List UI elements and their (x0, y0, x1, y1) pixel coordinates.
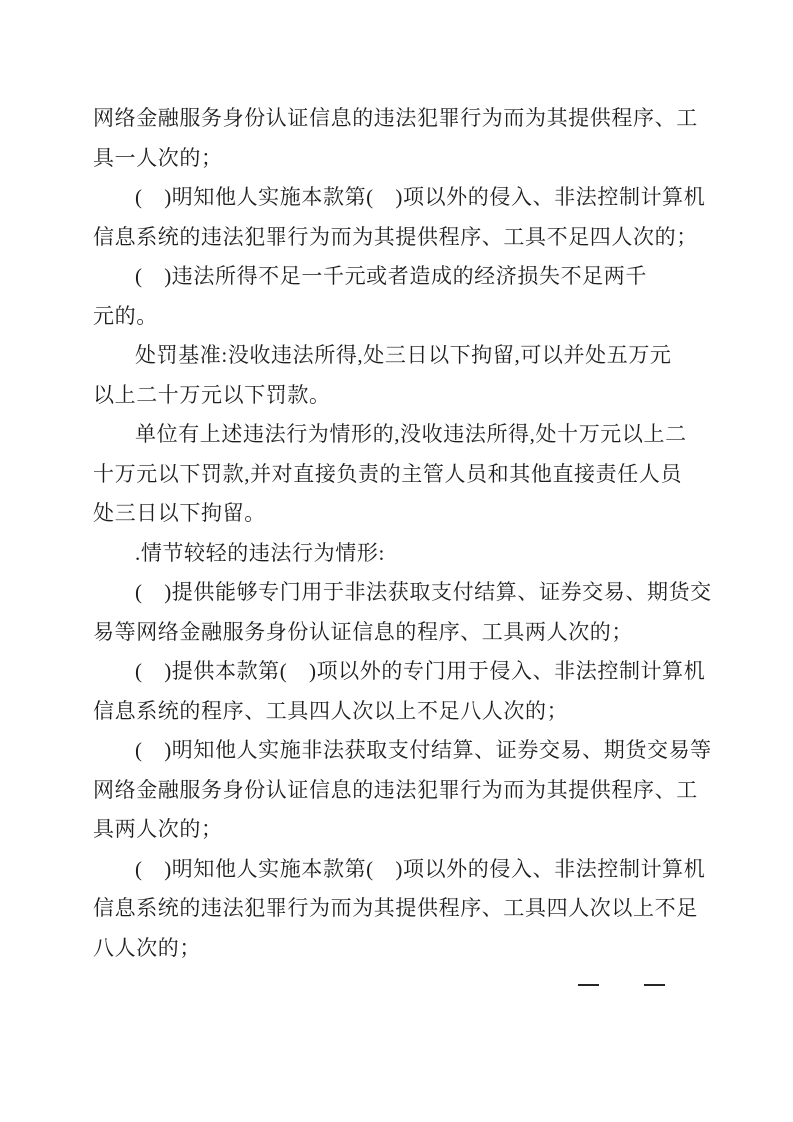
text-line: 以上二十万元以下罚款。 (93, 376, 699, 416)
text-line: .情节较轻的违法行为情形: (93, 534, 699, 574)
page-number-dash-left (578, 984, 599, 986)
text-line: 八人次的； (93, 929, 699, 969)
text-line: 处三日以下拘留。 (93, 494, 699, 534)
document-body: 网络金融服务身份认证信息的违法犯罪行为而为其提供程序、工具一人次的；( )明知他… (93, 99, 699, 968)
text-line: 十万元以下罚款,并对直接负责的主管人员和其他直接责任人员 (93, 455, 699, 495)
text-line: 信息系统的违法犯罪行为而为其提供程序、工具四人次以上不足 (93, 889, 699, 929)
text-line: 单位有上述违法行为情形的,没收违法所得,处十万元以上二 (93, 415, 699, 455)
text-line: 网络金融服务身份认证信息的违法犯罪行为而为其提供程序、工 (93, 99, 699, 139)
text-line: 处罚基准:没收违法所得,处三日以下拘留,可以并处五万元 (93, 336, 699, 376)
page-footer (578, 984, 665, 986)
text-line: ( )违法所得不足一千元或者造成的经济损失不足两千 (93, 257, 699, 297)
text-line: 易等网络金融服务身份认证信息的程序、工具两人次的； (93, 613, 699, 653)
text-line: 具一人次的； (93, 139, 699, 179)
text-line: 元的。 (93, 297, 699, 337)
document-page: 网络金融服务身份认证信息的违法犯罪行为而为其提供程序、工具一人次的；( )明知他… (0, 0, 793, 1122)
text-line: ( )提供能够专门用于非法获取支付结算、证券交易、期货交 (93, 573, 699, 613)
text-line: 信息系统的程序、工具四人次以上不足八人次的； (93, 692, 699, 732)
text-line: ( )明知他人实施非法获取支付结算、证券交易、期货交易等 (93, 731, 699, 771)
text-line: 网络金融服务身份认证信息的违法犯罪行为而为其提供程序、工 (93, 771, 699, 811)
text-line: ( )提供本款第( )项以外的专门用于侵入、非法控制计算机 (93, 652, 699, 692)
text-line: 信息系统的违法犯罪行为而为其提供程序、工具不足四人次的； (93, 218, 699, 258)
text-line: 具两人次的； (93, 810, 699, 850)
page-number-dash-right (644, 984, 665, 986)
text-line: ( )明知他人实施本款第( )项以外的侵入、非法控制计算机 (93, 178, 699, 218)
text-line: ( )明知他人实施本款第( )项以外的侵入、非法控制计算机 (93, 850, 699, 890)
